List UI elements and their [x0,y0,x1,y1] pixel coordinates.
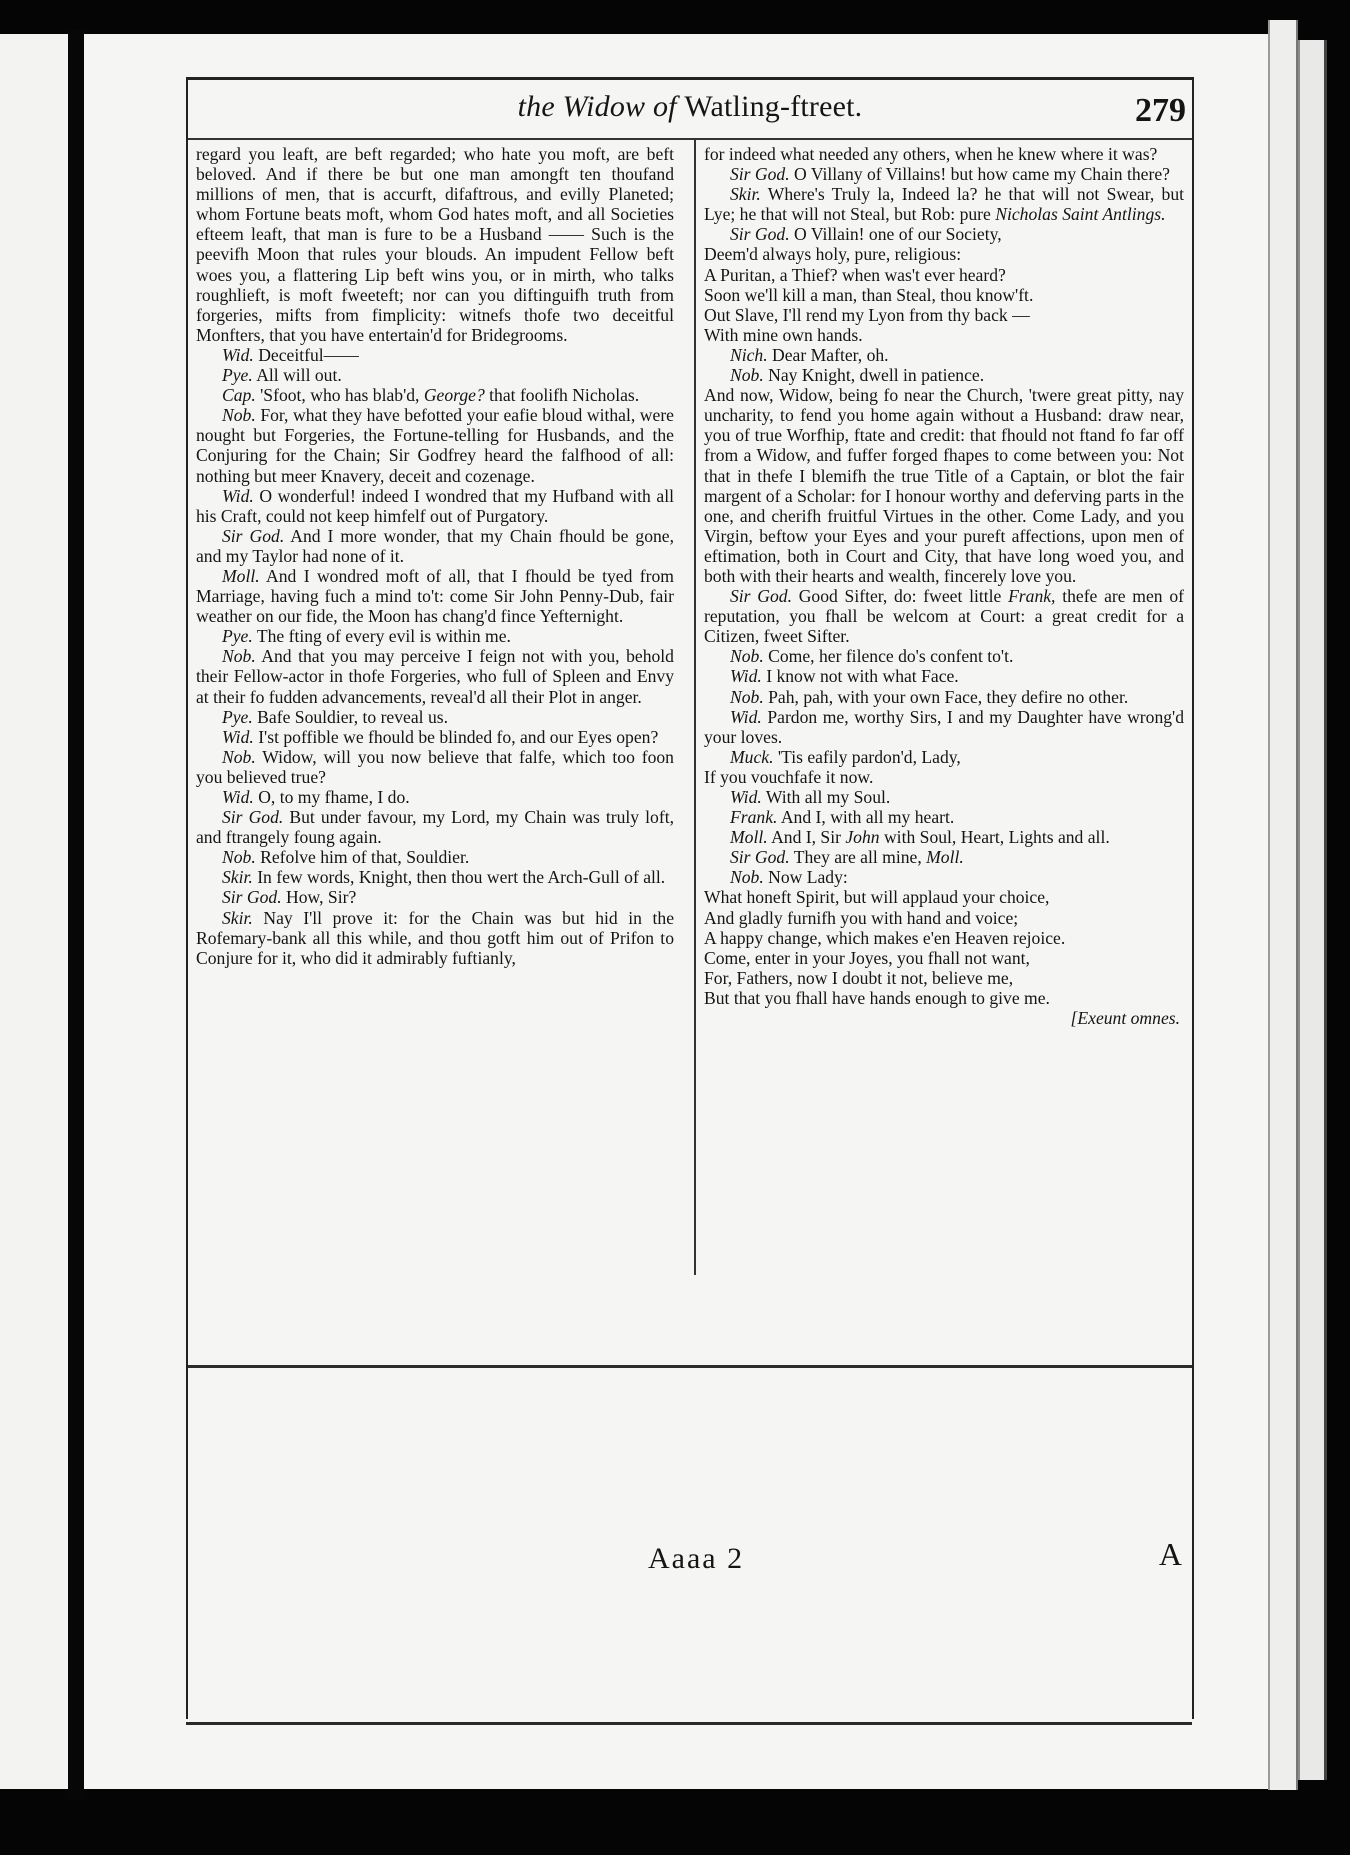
page-edge [1298,40,1327,1780]
speaker-prefix: Frank. [730,807,777,827]
verse-text: Come, enter in your Joyes, you fhall not… [704,948,1030,968]
speech-text: Pah, pah, with your own Face, they defir… [768,687,1128,707]
speech: Wid. I'st poffible we fhould be blinded … [196,727,674,747]
speech-text: With all my Soul. [766,787,890,807]
speaker-prefix: Pye. [222,707,253,727]
speech-text: I know not with what Face. [766,666,959,686]
speech-text: For, what they have befotted your eafie … [196,405,674,485]
speech-text: Widow, will you now believe that falfe, … [196,747,674,787]
speech: Pye. All will out. [196,365,674,385]
speech: Sir God. And I more wonder, that my Chai… [196,526,674,566]
speaker-prefix: Wid. [730,707,762,727]
book-gutter [68,30,84,1800]
verse-line: Soon we'll kill a man, than Steal, thou … [704,285,1184,305]
verse-text: What honeft Spirit, but will applaud you… [704,887,1049,907]
catchword: A [1159,1536,1182,1573]
speaker-prefix: Moll. [730,827,768,847]
speaker-prefix: Wid. [222,787,254,807]
speaker-prefix: Nob. [730,867,764,887]
speech-text: How, Sir? [286,887,356,907]
speech: Skir. In few words, Knight, then thou we… [196,867,674,887]
verse-text: Out Slave, I'll rend my Lyon from thy ba… [704,305,1030,325]
speaker-prefix: Sir God. [730,164,790,184]
speech: Wid. With all my Soul. [704,787,1184,807]
running-title-roman: Watling-ftreet. [684,90,862,123]
scan-background [84,1800,1350,1855]
speech: Pye. Bafe Souldier, to reveal us. [196,707,674,727]
speech: Nob. Now Lady: [704,867,1184,887]
speaker-prefix: Nob. [222,405,256,425]
bottom-rule [186,1722,1192,1725]
speaker-prefix: Nob. [730,365,764,385]
speech-text: Refolve him of that, Souldier. [260,847,469,867]
speech-text: Bafe Souldier, to reveal us. [257,707,448,727]
signature-mark: Aaaa 2 [648,1542,744,1576]
speech: Nob. Widow, will you now believe that fa… [196,747,674,787]
verse-line: What honeft Spirit, but will applaud you… [704,887,1184,907]
speech-text: They are all mine, [794,847,926,867]
speech-text: with Soul, Heart, Lights and all. [880,827,1110,847]
speaker-prefix: Moll. [222,566,260,586]
facing-page-edge [0,34,68,1789]
stage-direction-text: [Exeunt omnes. [1071,1008,1180,1028]
verse-line: Out Slave, I'll rend my Lyon from thy ba… [704,305,1184,325]
speaker-prefix: Nich. [730,345,768,365]
speech: Moll. And I, Sir John with Soul, Heart, … [704,827,1184,847]
speech-text: Dear Mafter, oh. [772,345,889,365]
paragraph: regard you leaft, are beft regarded; who… [196,144,674,345]
speaker-prefix: Skir. [222,867,253,887]
verse-line: Come, enter in your Joyes, you fhall not… [704,948,1184,968]
speech: Nob. Come, her filence do's confent to't… [704,646,1184,666]
speech: Nob. Nay Knight, dwell in patience. [704,365,1184,385]
speech-text: And I wondred moft of all, that I fhould… [196,566,674,626]
speech: Nich. Dear Mafter, oh. [704,345,1184,365]
speech-italic: Nicholas Saint Antlings. [995,204,1165,224]
paragraph-text: regard you leaft, are beft regarded; who… [196,144,674,345]
speech: Pye. The fting of every evil is within m… [196,626,674,646]
speech-italic: Frank, [1008,586,1055,606]
speech: Sir God. O Villain! one of our Society, [704,224,1184,244]
header-rule [188,138,1192,140]
speech-text: And that you may perceive I feign not wi… [196,646,674,706]
speech-text: that foolifh Nicholas. [485,385,639,405]
speech: Skir. Nay I'll prove it: for the Chain w… [196,908,674,968]
speech-text: In few words, Knight, then thou wert the… [257,867,665,887]
speaker-prefix: Pye. [222,365,253,385]
speech: Wid. Deceitful—— [196,345,674,365]
verse-line: But that you fhall have hands enough to … [704,988,1184,1008]
speech: Skir. Where's Truly la, Indeed la? he th… [704,184,1184,224]
running-title-italic: the Widow of [518,90,685,123]
paragraph: for indeed what needed any others, when … [704,144,1184,164]
speaker-prefix: Muck. [730,747,773,767]
speech-text: Now Lady: [768,867,848,887]
speaker-prefix: Wid. [222,486,254,506]
speech-text: O Villain! one of our Society, [794,224,1002,244]
verse-text: And gladly furnifh you with hand and voi… [704,908,1018,928]
speech-italic: George? [424,385,485,405]
speech: Wid. Pardon me, worthy Sirs, I and my Da… [704,707,1184,747]
speech-text: Deceitful—— [258,345,359,365]
speech: Muck. 'Tis eafily pardon'd, Lady, [704,747,1184,767]
verse-line: A happy change, which makes e'en Heaven … [704,928,1184,948]
speaker-prefix: Sir God. [222,887,282,907]
verse-text: A Puritan, a Thief? when was't ever hear… [704,265,1006,285]
verse-text: With mine own hands. [704,325,863,345]
speech: Nob. For, what they have befotted your e… [196,405,674,485]
speech-text: O, to my fhame, I do. [258,787,409,807]
verse-line: If you vouchfafe it now. [704,767,1184,787]
verse-text: Soon we'll kill a man, than Steal, thou … [704,285,1033,305]
speech-text: 'Sfoot, who has blab'd, [260,385,424,405]
speech-italic: John [845,827,879,847]
paragraph-text: for indeed what needed any others, when … [704,144,1157,164]
right-column: for indeed what needed any others, when … [704,144,1184,1028]
speech: Cap. 'Sfoot, who has blab'd, George? tha… [196,385,674,405]
speech: Wid. I know not with what Face. [704,666,1184,686]
verse-text: For, Fathers, now I doubt it not, believ… [704,968,1013,988]
page-edge [1268,20,1298,1790]
speech: Sir God. They are all mine, Moll. [704,847,1184,867]
speaker-prefix: Sir God. [222,526,284,546]
speech-italic: Moll. [926,847,964,867]
verse-text: A happy change, which makes e'en Heaven … [704,928,1065,948]
speech: Sir God. Good Sifter, do: fweet little F… [704,586,1184,646]
verse-text: But that you fhall have hands enough to … [704,988,1050,1008]
speaker-prefix: Sir God. [730,586,792,606]
speaker-prefix: Wid. [222,727,254,747]
speaker-prefix: Nob. [222,847,256,867]
left-column: regard you leaft, are beft regarded; who… [196,144,674,968]
speaker-prefix: Cap. [222,385,256,405]
speech: Sir God. How, Sir? [196,887,674,907]
speech-text: And I, Sir [771,827,845,847]
speaker-prefix: Nob. [730,687,764,707]
stage-direction: [Exeunt omnes. [704,1008,1184,1028]
verse-text: If you vouchfafe it now. [704,767,873,787]
speech: Sir God. But under favour, my Lord, my C… [196,807,674,847]
verse-line: Deem'd always holy, pure, religious: [704,244,1184,264]
verse-text: Deem'd always holy, pure, religious: [704,244,961,264]
speech-text: The fting of every evil is within me. [257,626,511,646]
speech: Sir God. O Villany of Villains! but how … [704,164,1184,184]
speaker-prefix: Wid. [222,345,254,365]
footer-rule [188,1365,1192,1368]
speaker-prefix: Wid. [730,666,762,686]
speech-text: Nay Knight, dwell in patience. [768,365,984,385]
page-number: 279 [1135,92,1186,130]
speech: Nob. Refolve him of that, Souldier. [196,847,674,867]
running-title: the Widow of Watling-ftreet. [188,90,1192,124]
paragraph: And now, Widow, being fo near the Church… [704,385,1184,586]
verse-line: For, Fathers, now I doubt it not, believ… [704,968,1184,988]
speech-text: O Villany of Villains! but how came my C… [794,164,1170,184]
speech-text: Come, her filence do's confent to't. [768,646,1013,666]
text-frame: the Widow of Watling-ftreet. 279 regard … [186,77,1194,1719]
speech-text: Nay I'll prove it: for the Chain was but… [196,908,674,968]
speaker-prefix: Skir. [730,184,761,204]
speech: Nob. And that you may perceive I feign n… [196,646,674,706]
speaker-prefix: Skir. [222,908,253,928]
speech: Frank. And I, with all my heart. [704,807,1184,827]
speaker-prefix: Sir God. [222,807,283,827]
speaker-prefix: Sir God. [730,847,790,867]
speech-text: All will out. [256,365,342,385]
speaker-prefix: Pye. [222,626,253,646]
speaker-prefix: Nob. [730,646,764,666]
speech-text: 'Tis eafily pardon'd, Lady, [778,747,961,767]
speech-text: O wonderful! indeed I wondred that my Hu… [196,486,674,526]
speaker-prefix: Sir God. [730,224,790,244]
paragraph-text: And now, Widow, being fo near the Church… [704,385,1184,586]
verse-line: A Puritan, a Thief? when was't ever hear… [704,265,1184,285]
speaker-prefix: Wid. [730,787,762,807]
speech-text: Good Sifter, do: fweet little [799,586,1008,606]
speech: Wid. O wonderful! indeed I wondred that … [196,486,674,526]
speech-text: Pardon me, worthy Sirs, I and my Daughte… [704,707,1184,747]
speech: Moll. And I wondred moft of all, that I … [196,566,674,626]
speech-text: And I, with all my heart. [781,807,954,827]
speaker-prefix: Nob. [222,646,256,666]
column-divider [694,140,696,1275]
verse-line: With mine own hands. [704,325,1184,345]
speaker-prefix: Nob. [222,747,256,767]
speech: Nob. Pah, pah, with your own Face, they … [704,687,1184,707]
speech-text: I'st poffible we fhould be blinded fo, a… [258,727,658,747]
speech: Wid. O, to my fhame, I do. [196,787,674,807]
verse-line: And gladly furnifh you with hand and voi… [704,908,1184,928]
